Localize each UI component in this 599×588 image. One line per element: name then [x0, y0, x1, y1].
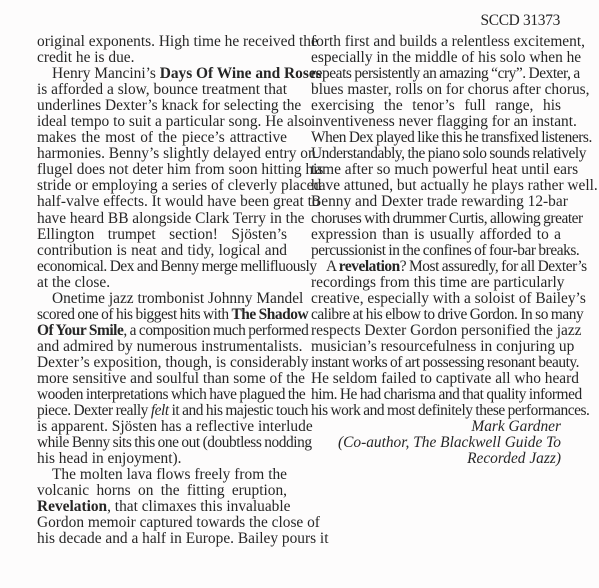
right-text-column: forth first and builds a relentless exci…: [311, 34, 561, 467]
text-line: inventiveness never flagging for an inst…: [311, 114, 561, 130]
text-line: original exponents. High time he receive…: [37, 34, 287, 50]
text-line: Gordon memoir captured towards the close…: [37, 515, 287, 531]
text-line: more sensitive and soulful than some of …: [37, 371, 287, 387]
track-title: Of Your Smile: [37, 322, 123, 339]
text-line: underlines Dexter’s knack for selecting …: [37, 98, 287, 114]
text-line: volcanic horns on the fitting eruption,: [37, 483, 287, 499]
text-line: Benny and Dexter trade rewarding 12-bar: [311, 194, 561, 210]
text-line: his work and most definitely these perfo…: [311, 403, 561, 419]
text-line: wooden interpretations which have plague…: [37, 387, 287, 403]
catalog-number: SCCD 31373: [480, 13, 560, 29]
text-line: He seldom failed to captivate all who he…: [311, 371, 561, 387]
text-line: Dexter’s exposition, though, is consider…: [37, 355, 287, 371]
text-line: and admired by numerous instrumentalists…: [37, 339, 287, 355]
text-line: flugel does not deter him from soon hitt…: [37, 162, 287, 178]
text-line: percussionist in the confines of four-ba…: [311, 243, 561, 259]
text-line: ideal tempo to suit a particular song. H…: [37, 114, 287, 130]
text-line: exercising the tenor’s full range, his: [311, 98, 561, 114]
text-line: forth first and builds a relentless exci…: [311, 34, 561, 50]
text-line: Ellington trumpet section! Sjösten’s: [37, 227, 287, 243]
text-line: makes the most of the piece’s attractive: [37, 130, 287, 146]
signature-author: Mark Gardner: [311, 419, 561, 435]
text-line: have heard BB alongside Clark Terry in t…: [37, 211, 287, 227]
emphasis: felt: [151, 402, 169, 419]
text-line: credit he is due.: [37, 50, 287, 66]
text-line: contribution is neat and tidy, logical a…: [37, 243, 287, 259]
text-line: A revelation? Most assuredly, for all De…: [311, 259, 561, 275]
track-title: The Shadow: [231, 306, 308, 323]
text-line: is apparent. Sjösten has a reflective in…: [37, 419, 287, 435]
text-line: stride or employing a series of cleverly…: [37, 178, 287, 194]
text-line: When Dex played like this he transfixed …: [311, 130, 561, 146]
text-line: Understandably, the piano solo sounds re…: [311, 146, 561, 162]
text-line: piece. Dexter really felt it and his maj…: [37, 403, 287, 419]
text-line: The molten lava flows freely from the: [37, 467, 287, 483]
text-line: him. He had charisma and that quality in…: [311, 387, 561, 403]
text-line: scored one of his biggest hits with The …: [37, 307, 287, 323]
text-line: expression than is usually afforded to a: [311, 227, 561, 243]
text-line: recordings from this time are particular…: [311, 275, 561, 291]
signature-credit-line-1: (Co-author, The Blackwell Guide To: [311, 435, 561, 451]
text-line: creative, especially with a soloist of B…: [311, 291, 561, 307]
text-line: Of Your Smile, a composition much perfor…: [37, 323, 287, 339]
left-text-column: original exponents. High time he receive…: [37, 34, 287, 548]
text-line: half-valve effects. It would have been g…: [37, 194, 287, 210]
text-line: Onetime jazz trombonist Johnny Mandel: [37, 291, 287, 307]
text-line: repeats persistently an amazing “cry”. D…: [311, 66, 561, 82]
text-line: blues master, rolls on for chorus after …: [311, 82, 561, 98]
text-line: harmonies. Benny’s slightly delayed entr…: [37, 146, 287, 162]
text-line: musician’s resourcefulness in conjuring …: [311, 339, 561, 355]
text-line: his head in enjoyment).: [37, 451, 287, 467]
text-line: respects Dexter Gordon personified the j…: [311, 323, 561, 339]
text-line: tame after so much powerful heat until e…: [311, 162, 561, 178]
track-title: Days Of Wine and Roses: [160, 65, 322, 82]
text-line: is afforded a slow, bounce treatment tha…: [37, 82, 287, 98]
text-line: calibre at his elbow to drive Gordon. In…: [311, 307, 561, 323]
track-title: revelation: [339, 258, 400, 275]
text-line: instant works of art possessing resonant…: [311, 355, 561, 371]
text-line: at the close.: [37, 275, 287, 291]
signature-credit-line-2: Recorded Jazz): [311, 451, 561, 467]
track-title: Revelation: [37, 498, 107, 515]
text-line: choruses with drummer Curtis, allowing g…: [311, 211, 561, 227]
text-line: especially in the middle of his solo whe…: [311, 50, 561, 66]
text-line: have attuned, but actually he plays rath…: [311, 178, 561, 194]
text-line: economical. Dex and Benny merge melliflu…: [37, 259, 287, 275]
text-line: while Benny sits this one out (doubtless…: [37, 435, 287, 451]
text-line: Henry Mancini’s Days Of Wine and Roses: [37, 66, 287, 82]
text-line: his decade and a half in Europe. Bailey …: [37, 531, 287, 547]
text-line: Revelation, that climaxes this invaluabl…: [37, 499, 287, 515]
